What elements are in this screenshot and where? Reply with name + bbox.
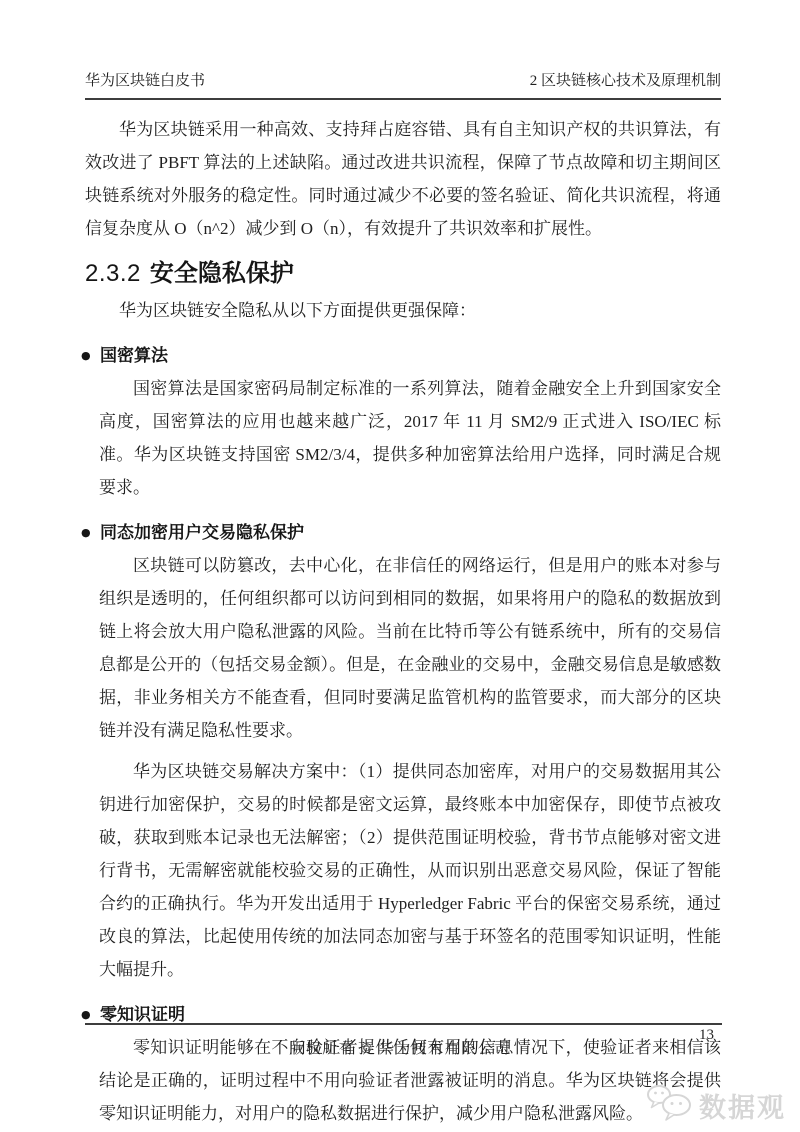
bullet-title-text: 同态加密用户交易隐私保护 — [100, 523, 304, 542]
header-document-title: 华为区块链白皮书 — [85, 72, 205, 91]
bullet-dot-icon — [81, 339, 91, 372]
bullet-title: 零知识证明 — [79, 998, 721, 1031]
bullet-dot-icon — [81, 516, 91, 549]
header-chapter-title: 2 区块链核心技术及原理机制 — [530, 72, 721, 91]
section-heading: 2.3.2安全隐私保护 — [85, 258, 721, 290]
page-header: 华为区块链白皮书 2 区块链核心技术及原理机制 — [85, 72, 721, 100]
watermark-text: 数据观 — [699, 1086, 786, 1125]
section-number: 2.3.2 — [85, 260, 141, 287]
copyright-notice: 版权所有 © 华为技术有限公司 — [0, 1037, 800, 1058]
bullet-paragraph: 国密算法是国家密码局制定标准的一系列算法，随着金融安全上升到国家安全高度，国密算… — [85, 372, 721, 504]
page-body: 华为区块链采用一种高效、支持拜占庭容错、具有自主知识产权的共识算法，有效改进了 … — [85, 103, 721, 1130]
bullet-title: 同态加密用户交易隐私保护 — [79, 516, 721, 549]
section-title: 安全隐私保护 — [150, 260, 294, 287]
document-page: 华为区块链白皮书 2 区块链核心技术及原理机制 华为区块链采用一种高效、支持拜占… — [0, 0, 800, 1132]
bullet-title-text: 零知识证明 — [100, 1005, 185, 1024]
bullet-dot-icon — [81, 998, 91, 1031]
opening-paragraph: 华为区块链采用一种高效、支持拜占庭容错、具有自主知识产权的共识算法，有效改进了 … — [85, 113, 721, 245]
footer-divider — [85, 1023, 722, 1025]
bullet-item-national-crypto-algorithm: 国密算法 国密算法是国家密码局制定标准的一系列算法，随着金融安全上升到国家安全高… — [85, 339, 721, 504]
bullet-item-homomorphic-encryption-privacy: 同态加密用户交易隐私保护 区块链可以防篡改，去中心化，在非信任的网络运行，但是用… — [85, 516, 721, 986]
bullet-list: 国密算法 国密算法是国家密码局制定标准的一系列算法，随着金融安全上升到国家安全高… — [85, 339, 721, 1130]
section-lead: 华为区块链安全隐私从以下方面提供更强保障： — [85, 294, 721, 327]
chat-bubbles-icon — [646, 1083, 694, 1128]
watermark-logo: 数据观 — [646, 1083, 786, 1128]
bullet-paragraph: 华为区块链交易解决方案中：（1）提供同态加密库，对用户的交易数据用其公钥进行加密… — [85, 755, 721, 986]
bullet-title: 国密算法 — [79, 339, 721, 372]
bullet-paragraph: 区块链可以防篡改，去中心化，在非信任的网络运行，但是用户的账本对参与组织是透明的… — [85, 549, 721, 747]
bullet-title-text: 国密算法 — [100, 346, 168, 365]
bullet-item-zero-knowledge-proof: 零知识证明 零知识证明能够在不向验证者提供任何有用的信息情况下，使验证者来相信该… — [85, 998, 721, 1130]
